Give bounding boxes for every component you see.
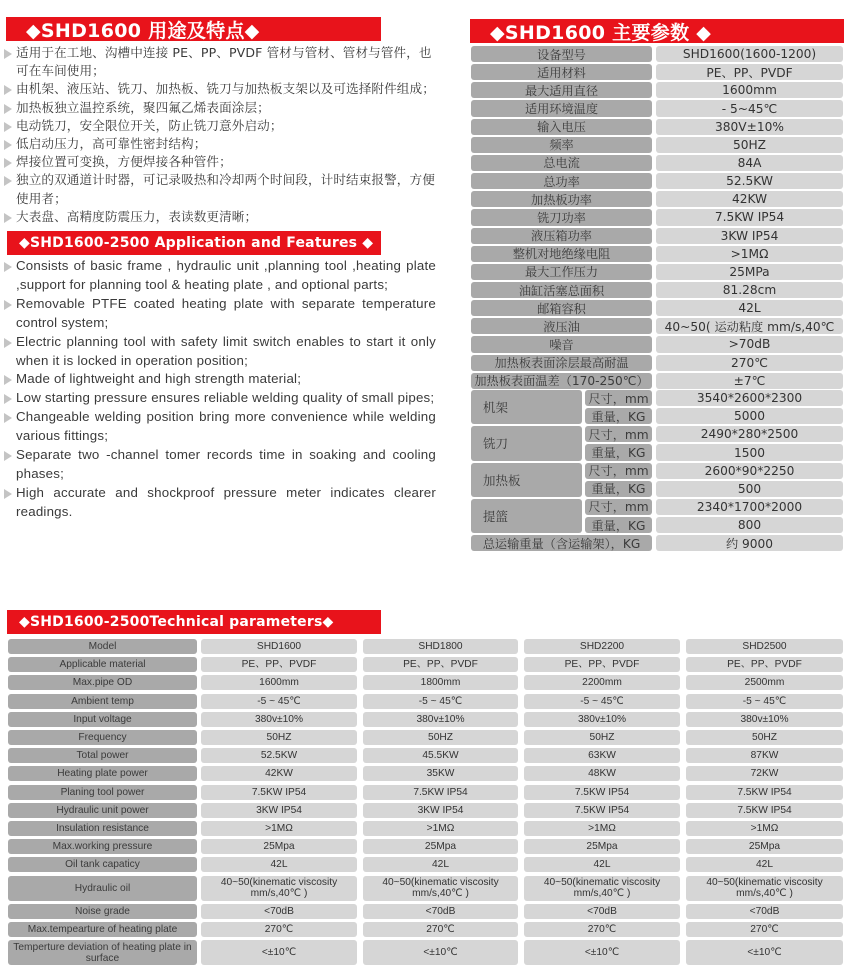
param-value: - 5~45℃ (656, 100, 843, 116)
bullet-triangle-icon (4, 489, 12, 499)
feature-item: Low starting pressure ensures reliable w… (0, 389, 436, 408)
feature-item: 低启动压力，高可靠性密封结构； (0, 135, 440, 153)
tech-param-value: 52.5KW (201, 748, 357, 763)
tech-param-value: <±10℃ (201, 940, 357, 965)
feature-item: Changeable welding position bring more c… (0, 408, 436, 446)
tech-param-value: 45.5KW (363, 748, 518, 763)
param-value: 380V±10% (656, 119, 843, 135)
tech-param-label: Hydraulic unit power (8, 803, 197, 818)
tech-param-value: 63KW (524, 748, 680, 763)
feature-item: High accurate and shockproof pressure me… (0, 484, 436, 522)
param-label: 输入电压 (471, 119, 652, 135)
param-label: 设备型号 (471, 46, 652, 62)
tech-param-value: 270℃ (686, 922, 843, 937)
bullet-triangle-icon (4, 262, 12, 272)
bullet-triangle-icon (4, 122, 12, 132)
feature-text: Changeable welding position bring more c… (16, 409, 436, 443)
weight-label: 重量，KG (585, 481, 652, 497)
tech-param-value: 50HZ (524, 730, 680, 745)
bullet-triangle-icon (4, 394, 12, 404)
tech-param-value: -5 ~ 45℃ (363, 694, 518, 709)
size-value: 3540*2600*2300 (656, 390, 843, 406)
tech-param-value: 380v±10% (363, 712, 518, 727)
param-value: 1600mm (656, 82, 843, 98)
tech-param-value: 380v±10% (686, 712, 843, 727)
tech-params-banner: ◆SHD1600-2500Technical parameters◆ (7, 610, 381, 634)
tech-param-value: >1MΩ (363, 821, 518, 836)
feature-text: Electric planning tool with safety limit… (16, 334, 436, 368)
tech-param-value: 3KW IP54 (363, 803, 518, 818)
feature-text: High accurate and shockproof pressure me… (16, 485, 436, 519)
weight-value: 5000 (656, 408, 843, 424)
feature-text: 适用于在工地、沟槽中连接 PE、PP、PVDF 管材与管材、管材与管件，也可在车… (16, 45, 432, 78)
tech-param-label: Max.tempearture of heating plate (8, 922, 197, 937)
param-value: >70dB (656, 336, 843, 352)
tech-param-value: 72KW (686, 766, 843, 781)
tech-param-value: >1MΩ (201, 821, 357, 836)
feature-text: Made of lightweight and high strength ma… (16, 371, 301, 386)
param-value: 52.5KW (656, 173, 843, 189)
param-label: 适用环境温度 (471, 100, 652, 116)
feature-item: Consists of basic frame , hydraulic unit… (0, 257, 436, 295)
tech-param-value: 380v±10% (201, 712, 357, 727)
param-label: 噪音 (471, 336, 652, 352)
total-weight-label: 总运输重量（含运输架），KG (471, 535, 652, 551)
tech-param-value: 25Mpa (686, 839, 843, 854)
param-label: 总电流 (471, 155, 652, 171)
param-value: 42L (656, 300, 843, 316)
tech-param-value: 50HZ (363, 730, 518, 745)
tech-param-value: <70dB (363, 904, 518, 919)
tech-param-value: >1MΩ (686, 821, 843, 836)
tech-param-value: -5 ~ 45℃ (686, 694, 843, 709)
tech-param-value: >1MΩ (524, 821, 680, 836)
feature-text: 低启动压力，高可靠性密封结构； (16, 136, 206, 151)
size-value: 2340*1700*2000 (656, 499, 843, 515)
weight-value: 1500 (656, 444, 843, 460)
tech-param-value: 1600mm (201, 675, 357, 690)
bullet-triangle-icon (4, 176, 12, 186)
param-label: 整机对地绝缘电阻 (471, 246, 652, 262)
tech-param-value: 7.5KW IP54 (686, 785, 843, 800)
tech-param-label: Noise grade (8, 904, 197, 919)
cn-params-banner: ◆SHD1600 主要参数 ◆ (470, 19, 844, 43)
feature-item: Removable PTFE coated heating plate with… (0, 295, 436, 333)
group-label: 机架 (471, 390, 582, 424)
tech-param-label: Oil tank capaticy (8, 857, 197, 872)
tech-param-value: 25Mpa (363, 839, 518, 854)
feature-text: 独立的双通道计时器，可记录吸热和冷却两个时间段，计时结束报警，方便使用者； (16, 172, 435, 205)
param-value: 25MPa (656, 264, 843, 280)
feature-item: Made of lightweight and high strength ma… (0, 370, 436, 389)
param-label: 加热板表面温差（170-250℃） (471, 373, 652, 389)
param-label: 液压油 (471, 318, 652, 334)
param-value: 42KW (656, 191, 843, 207)
cn-features-list: 适用于在工地、沟槽中连接 PE、PP、PVDF 管材与管材、管材与管件，也可在车… (0, 44, 440, 226)
feature-item: 焊接位置可变换，方便焊接各种管件； (0, 153, 440, 171)
tech-param-value: 35KW (363, 766, 518, 781)
tech-param-value: 1800mm (363, 675, 518, 690)
tech-param-value: 7.5KW IP54 (524, 803, 680, 818)
bullet-triangle-icon (4, 213, 12, 223)
param-value: 40~50( 运动粘度 mm/s,40℃ (656, 318, 843, 334)
total-weight-value: 约 9000 (656, 535, 843, 551)
tech-param-value: PE、PP、PVDF (524, 657, 680, 672)
size-value: 2600*90*2250 (656, 463, 843, 479)
param-value: 50HZ (656, 137, 843, 153)
tech-param-value: 42L (363, 857, 518, 872)
tech-param-label: Insulation resistance (8, 821, 197, 836)
bullet-triangle-icon (4, 104, 12, 114)
tech-param-value: 48KW (524, 766, 680, 781)
tech-param-value: <70dB (524, 904, 680, 919)
weight-label: 重量，KG (585, 517, 652, 533)
feature-text: 由机架、液压站、铣刀、加热板、铣刀与加热板支架以及可选择附件组成； (16, 81, 435, 96)
param-label: 最大适用直径 (471, 82, 652, 98)
tech-param-label: Max.working pressure (8, 839, 197, 854)
size-label: 尺寸，mm (585, 426, 652, 442)
feature-text: 焊接位置可变换，方便焊接各种管件； (16, 154, 232, 169)
param-label: 频率 (471, 137, 652, 153)
bullet-triangle-icon (4, 375, 12, 385)
tech-param-label: Heating plate power (8, 766, 197, 781)
param-label: 邮箱容积 (471, 300, 652, 316)
tech-param-value: 2500mm (686, 675, 843, 690)
param-label: 最大工作压力 (471, 264, 652, 280)
tech-param-value: 7.5KW IP54 (363, 785, 518, 800)
size-label: 尺寸，mm (585, 463, 652, 479)
tech-param-value: -5 ~ 45℃ (201, 694, 357, 709)
param-label: 加热板表面涂层最高耐温 (471, 355, 652, 371)
feature-text: Low starting pressure ensures reliable w… (16, 390, 434, 405)
bullet-triangle-icon (4, 158, 12, 168)
param-label: 油缸活塞总面积 (471, 282, 652, 298)
tech-param-value: 40~50(kinematic viscosity mm/s,40℃ ) (524, 876, 680, 901)
tech-param-value: 50HZ (686, 730, 843, 745)
bullet-triangle-icon (4, 140, 12, 150)
feature-item: 电动铣刀，安全限位开关，防止铣刀意外启动； (0, 117, 440, 135)
param-label: 总功率 (471, 173, 652, 189)
size-label: 尺寸，mm (585, 499, 652, 515)
tech-param-value: <±10℃ (524, 940, 680, 965)
tech-param-value: 40~50(kinematic viscosity mm/s,40℃ ) (201, 876, 357, 901)
group-label: 提篮 (471, 499, 582, 533)
tech-param-value: 3KW IP54 (201, 803, 357, 818)
tech-param-value: 42L (686, 857, 843, 872)
param-value: ±7℃ (656, 373, 843, 389)
weight-label: 重量，KG (585, 408, 652, 424)
param-value: 270℃ (656, 355, 843, 371)
tech-param-value: 2200mm (524, 675, 680, 690)
bullet-triangle-icon (4, 300, 12, 310)
bullet-triangle-icon (4, 451, 12, 461)
tech-param-value: PE、PP、PVDF (201, 657, 357, 672)
tech-param-value: 50HZ (201, 730, 357, 745)
tech-param-label: Hydraulic oil (8, 876, 197, 901)
tech-param-value: 25Mpa (524, 839, 680, 854)
feature-text: Separate two -channel tomer records time… (16, 447, 436, 481)
tech-param-value: <70dB (201, 904, 357, 919)
bullet-triangle-icon (4, 338, 12, 348)
tech-param-value: SHD1800 (363, 639, 518, 654)
tech-param-value: PE、PP、PVDF (686, 657, 843, 672)
tech-param-value: SHD1600 (201, 639, 357, 654)
group-label: 铣刀 (471, 426, 582, 460)
param-label: 适用材料 (471, 64, 652, 80)
feature-item: Electric planning tool with safety limit… (0, 333, 436, 371)
param-value: 3KW IP54 (656, 228, 843, 244)
tech-param-value: 7.5KW IP54 (524, 785, 680, 800)
weight-value: 500 (656, 481, 843, 497)
param-value: SHD1600(1600-1200) (656, 46, 843, 62)
tech-param-value: 380v±10% (524, 712, 680, 727)
feature-text: Removable PTFE coated heating plate with… (16, 296, 436, 330)
weight-value: 800 (656, 517, 843, 533)
tech-param-value: SHD2200 (524, 639, 680, 654)
tech-param-label: Applicable material (8, 657, 197, 672)
feature-text: 加热板独立温控系统，聚四氟乙烯表面涂层； (16, 100, 270, 115)
tech-param-label: Model (8, 639, 197, 654)
feature-item: 独立的双通道计时器，可记录吸热和冷却两个时间段，计时结束报警，方便使用者； (0, 171, 440, 207)
param-label: 液压箱功率 (471, 228, 652, 244)
tech-param-label: Temperture deviation of heating plate in… (8, 940, 197, 965)
tech-param-value: 40~50(kinematic viscosity mm/s,40℃ ) (686, 876, 843, 901)
tech-param-value: 7.5KW IP54 (686, 803, 843, 818)
tech-param-value: 42L (524, 857, 680, 872)
tech-param-value: <±10℃ (686, 940, 843, 965)
tech-param-value: PE、PP、PVDF (363, 657, 518, 672)
param-value: 84A (656, 155, 843, 171)
feature-text: 大表盘、高精度防震压力，表读数更清晰； (16, 209, 257, 224)
tech-param-value: 42KW (201, 766, 357, 781)
cn-features-banner: ◆SHD1600 用途及特点◆ (6, 17, 381, 41)
feature-item: 适用于在工地、沟槽中连接 PE、PP、PVDF 管材与管材、管材与管件，也可在车… (0, 44, 440, 80)
tech-param-value: 87KW (686, 748, 843, 763)
tech-param-value: 270℃ (363, 922, 518, 937)
feature-text: 电动铣刀，安全限位开关，防止铣刀意外启动； (16, 118, 283, 133)
tech-param-label: Max.pipe OD (8, 675, 197, 690)
param-value: 7.5KW IP54 (656, 209, 843, 225)
feature-item: 加热板独立温控系统，聚四氟乙烯表面涂层； (0, 99, 440, 117)
feature-item: 大表盘、高精度防震压力，表读数更清晰； (0, 208, 440, 226)
tech-param-value: SHD2500 (686, 639, 843, 654)
param-value: >1MΩ (656, 246, 843, 262)
feature-item: 由机架、液压站、铣刀、加热板、铣刀与加热板支架以及可选择附件组成； (0, 80, 440, 98)
weight-label: 重量，KG (585, 444, 652, 460)
bullet-triangle-icon (4, 413, 12, 423)
tech-param-value: 270℃ (524, 922, 680, 937)
tech-param-label: Input voltage (8, 712, 197, 727)
en-features-banner: ◆SHD1600-2500 Application and Features ◆ (7, 231, 381, 255)
tech-param-value: 7.5KW IP54 (201, 785, 357, 800)
bullet-triangle-icon (4, 85, 12, 95)
tech-param-label: Frequency (8, 730, 197, 745)
param-value: 81.28cm (656, 282, 843, 298)
tech-param-label: Planing tool power (8, 785, 197, 800)
group-label: 加热板 (471, 463, 582, 497)
size-value: 2490*280*2500 (656, 426, 843, 442)
feature-text: Consists of basic frame , hydraulic unit… (16, 258, 436, 292)
tech-param-value: 25Mpa (201, 839, 357, 854)
tech-param-label: Total power (8, 748, 197, 763)
param-label: 加热板功率 (471, 191, 652, 207)
tech-param-value: 270℃ (201, 922, 357, 937)
tech-param-value: <±10℃ (363, 940, 518, 965)
param-value: PE、PP、PVDF (656, 64, 843, 80)
en-features-list: Consists of basic frame , hydraulic unit… (0, 257, 436, 522)
tech-param-value: 42L (201, 857, 357, 872)
param-label: 铣刀功率 (471, 209, 652, 225)
tech-param-value: <70dB (686, 904, 843, 919)
tech-param-label: Ambient temp (8, 694, 197, 709)
tech-param-value: 40~50(kinematic viscosity mm/s,40℃ ) (363, 876, 518, 901)
bullet-triangle-icon (4, 49, 12, 59)
tech-param-value: -5 ~ 45℃ (524, 694, 680, 709)
feature-item: Separate two -channel tomer records time… (0, 446, 436, 484)
size-label: 尺寸，mm (585, 390, 652, 406)
